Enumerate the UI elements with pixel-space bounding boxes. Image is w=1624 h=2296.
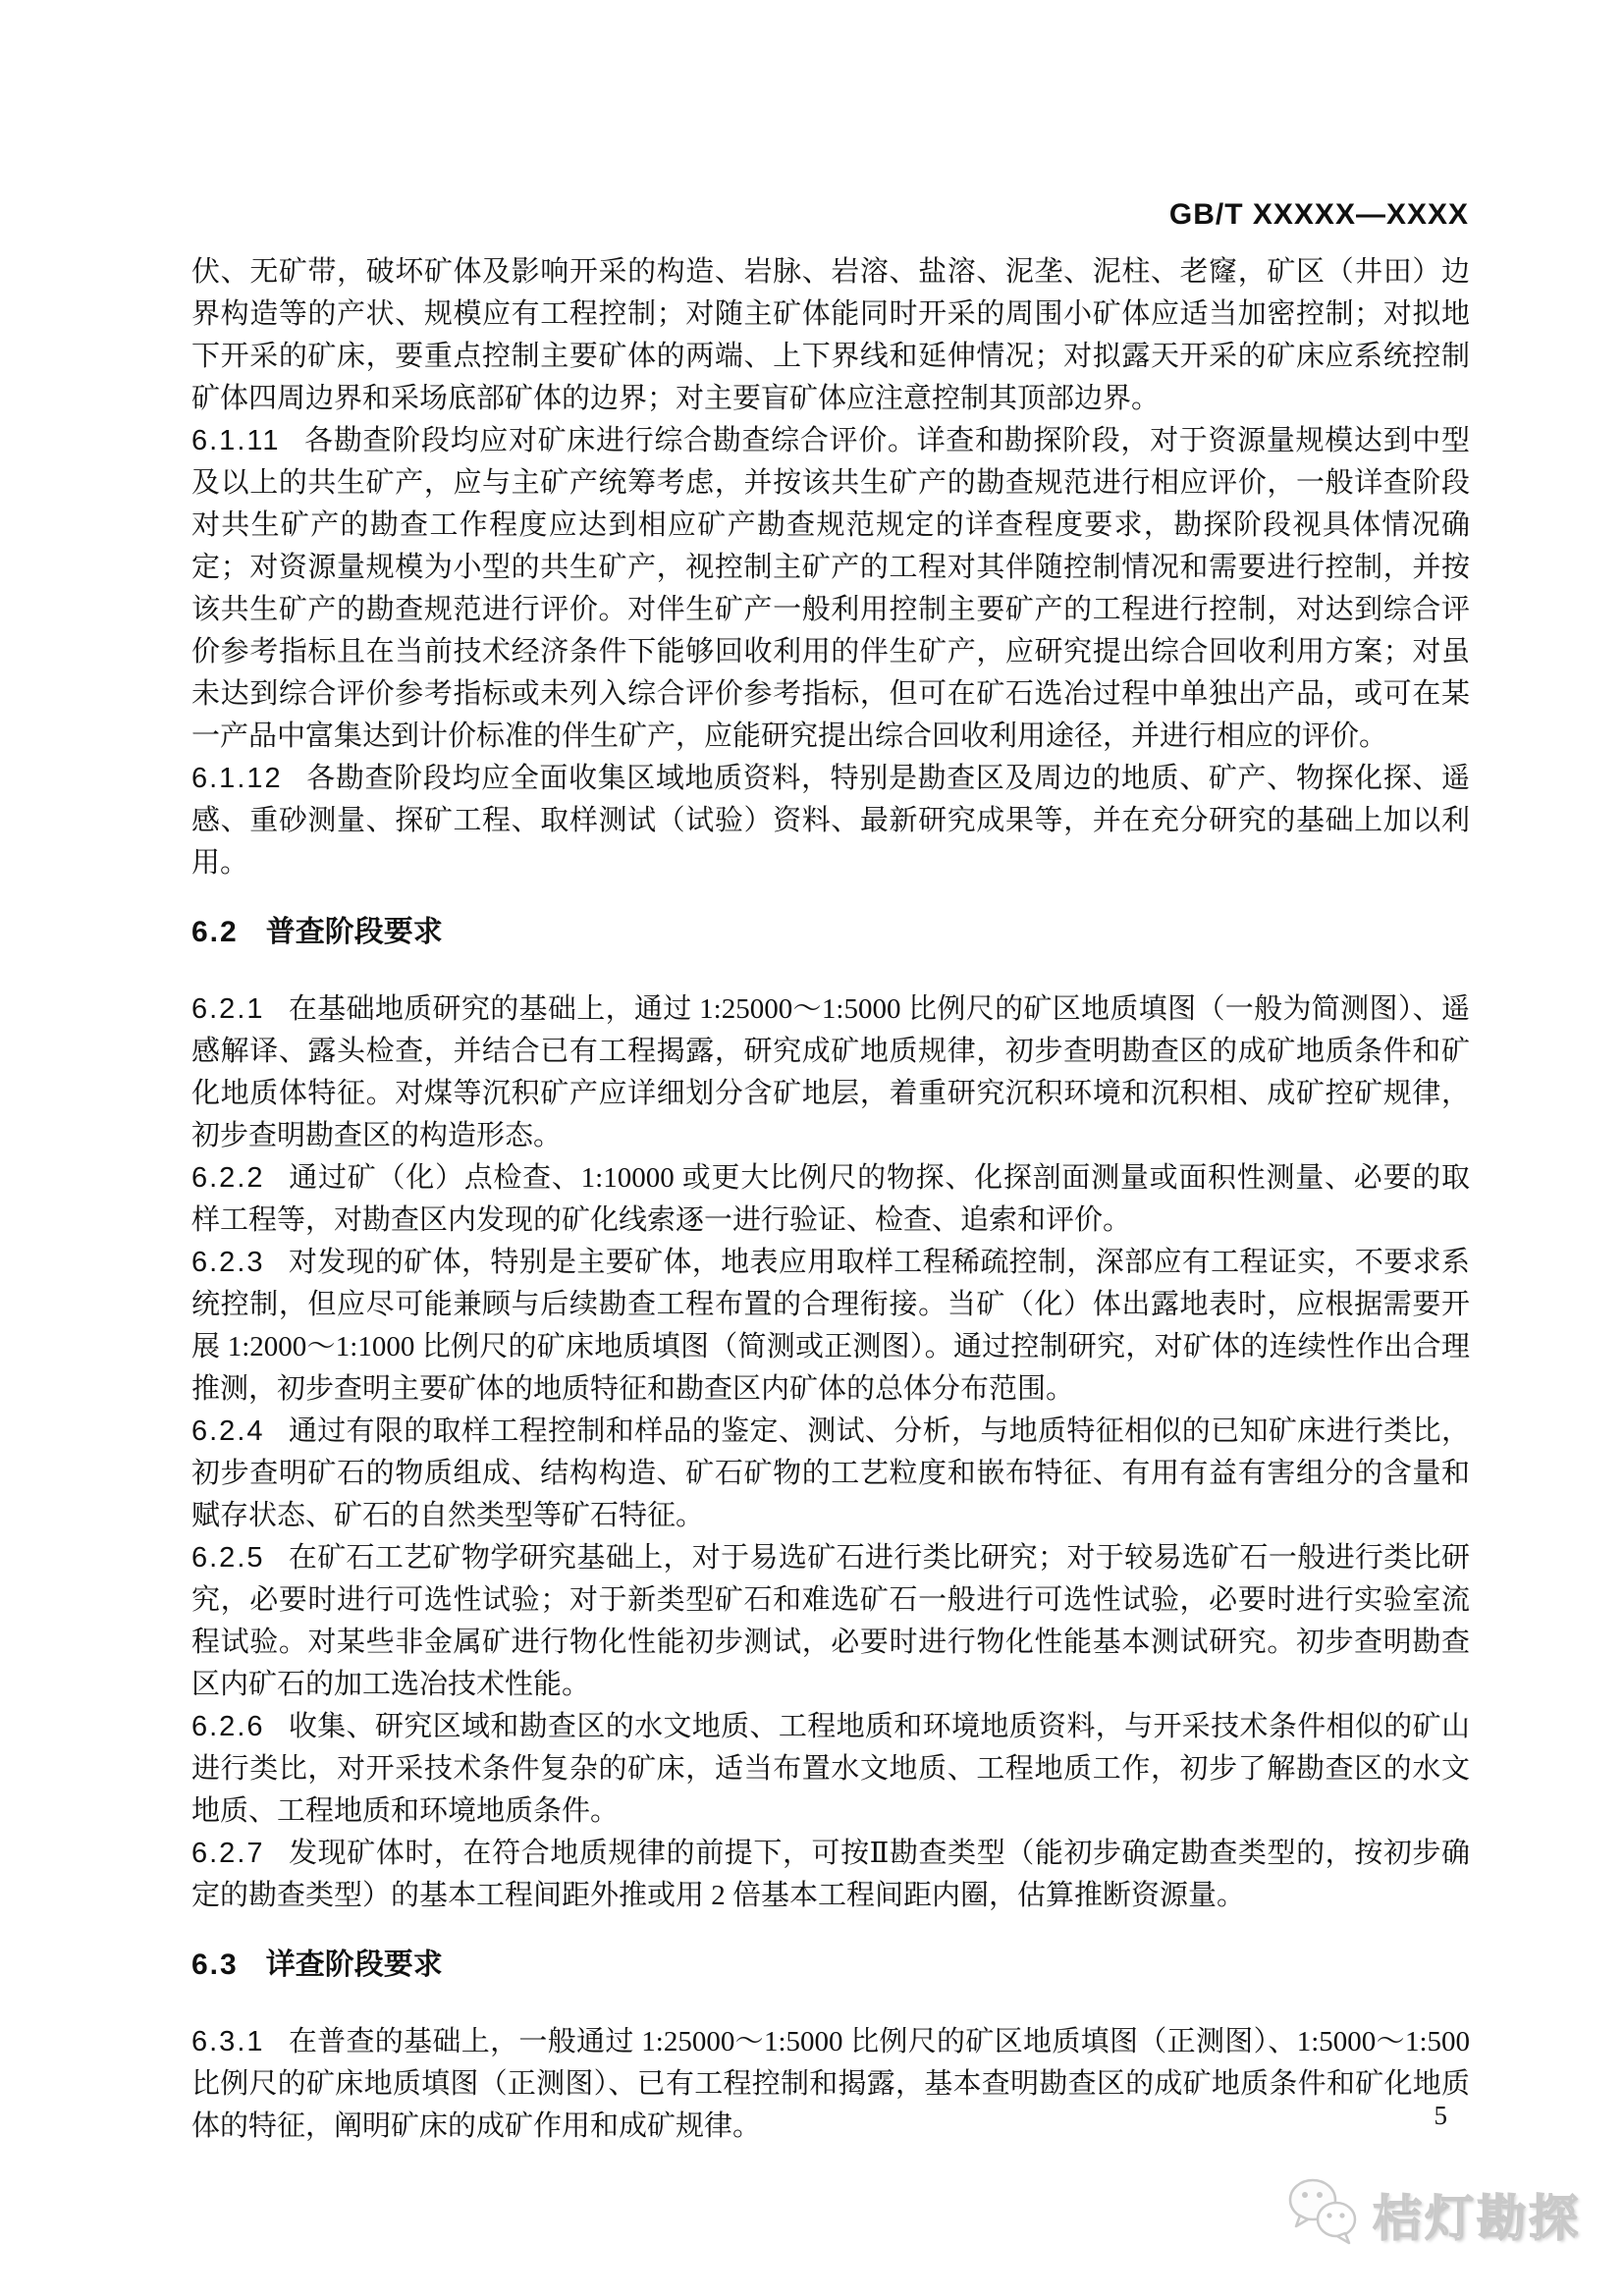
standard-code-header: GB/T XXXXX—XXXX — [1169, 198, 1469, 232]
clause-text: 各勘查阶段均应对矿床进行综合勘查综合评价。详查和勘探阶段，对于资源量规模达到中型… — [191, 425, 1470, 752]
clause-paragraph: 6.2.7发现矿体时，在符合地质规律的前提下，可按Ⅱ勘查类型（能初步确定勘查类型… — [191, 1833, 1470, 1917]
clause-text: 收集、研究区域和勘查区的水文地质、工程地质和环境地质资料，与开采技术条件相似的矿… — [191, 1711, 1470, 1827]
paragraph-text: 伏、无矿带，破坏矿体及影响开采的构造、岩脉、岩溶、盐溶、泥垄、泥柱、老窿，矿区（… — [191, 256, 1470, 414]
continuation-paragraph: 伏、无矿带，破坏矿体及影响开采的构造、岩脉、岩溶、盐溶、泥垄、泥柱、老窿，矿区（… — [191, 251, 1470, 420]
document-body: 伏、无矿带，破坏矿体及影响开采的构造、岩脉、岩溶、盐溶、泥垄、泥柱、老窿，矿区（… — [191, 251, 1470, 2148]
clause-number: 6.2.5 — [191, 1542, 265, 1574]
clause-paragraph: 6.1.12各勘查阶段均应全面收集区域地质资料，特别是勘查区及周边的地质、矿产、… — [191, 758, 1470, 884]
clause-paragraph: 6.2.2通过矿（化）点检查、1:10000 或更大比例尺的物探、化探剖面测量或… — [191, 1157, 1470, 1242]
page-number: 5 — [1435, 2101, 1448, 2130]
section-title: 详查阶段要求 — [266, 1949, 443, 1981]
clause-number: 6.2.2 — [191, 1162, 265, 1194]
clause-paragraph: 6.2.5在矿石工艺矿物学研究基础上，对于易选矿石进行类比研究；对于较易选矿石一… — [191, 1537, 1470, 1706]
clause-paragraph: 6.3.1在普查的基础上，一般通过 1:25000～1:5000 比例尺的矿区地… — [191, 2021, 1470, 2148]
clause-paragraph: 6.2.4通过有限的取样工程控制和样品的鉴定、测试、分析，与地质特征相似的已知矿… — [191, 1411, 1470, 1537]
document-page: GB/T XXXXX—XXXX 伏、无矿带，破坏矿体及影响开采的构造、岩脉、岩溶… — [0, 0, 1624, 2296]
section-number: 6.2 — [191, 916, 239, 948]
clause-text: 在普查的基础上，一般通过 1:25000～1:5000 比例尺的矿区地质填图（正… — [191, 2026, 1470, 2142]
clause-number: 6.2.1 — [191, 993, 265, 1025]
clause-number: 6.1.11 — [191, 425, 280, 456]
clause-number: 6.1.12 — [191, 763, 283, 794]
section-heading: 6.3详查阶段要求 — [191, 1944, 1470, 1987]
clause-text: 各勘查阶段均应全面收集区域地质资料，特别是勘查区及周边的地质、矿产、物探化探、遥… — [191, 763, 1470, 879]
clause-number: 6.2.6 — [191, 1711, 265, 1742]
section-title: 普查阶段要求 — [266, 916, 443, 948]
clause-text: 在基础地质研究的基础上，通过 1:25000～1:5000 比例尺的矿区地质填图… — [191, 993, 1470, 1151]
watermark-text: 桔灯勘探 — [1373, 2179, 1581, 2250]
clause-text: 对发现的矿体，特别是主要矿体，地表应用取样工程稀疏控制，深部应有工程证实，不要求… — [191, 1247, 1470, 1405]
clause-text: 通过矿（化）点检查、1:10000 或更大比例尺的物探、化探剖面测量或面积性测量… — [191, 1162, 1470, 1236]
clause-number: 6.2.3 — [191, 1247, 265, 1278]
clause-paragraph: 6.2.6收集、研究区域和勘查区的水文地质、工程地质和环境地质资料，与开采技术条… — [191, 1706, 1470, 1833]
clause-text: 在矿石工艺矿物学研究基础上，对于易选矿石进行类比研究；对于较易选矿石一般进行类比… — [191, 1542, 1470, 1700]
clause-paragraph: 6.1.11各勘查阶段均应对矿床进行综合勘查综合评价。详查和勘探阶段，对于资源量… — [191, 420, 1470, 758]
clause-number: 6.3.1 — [191, 2026, 265, 2057]
clause-paragraph: 6.2.3对发现的矿体，特别是主要矿体，地表应用取样工程稀疏控制，深部应有工程证… — [191, 1242, 1470, 1411]
clause-paragraph: 6.2.1在基础地质研究的基础上，通过 1:25000～1:5000 比例尺的矿… — [191, 988, 1470, 1157]
section-number: 6.3 — [191, 1949, 239, 1981]
watermark: 桔灯勘探 — [1286, 2175, 1581, 2253]
clause-number: 6.2.4 — [191, 1415, 265, 1447]
clause-text: 通过有限的取样工程控制和样品的鉴定、测试、分析，与地质特征相似的已知矿床进行类比… — [191, 1415, 1470, 1531]
section-heading: 6.2普查阶段要求 — [191, 911, 1470, 954]
wechat-icon — [1286, 2175, 1363, 2253]
clause-number: 6.2.7 — [191, 1838, 265, 1869]
clause-text: 发现矿体时，在符合地质规律的前提下，可按Ⅱ勘查类型（能初步确定勘查类型的，按初步… — [191, 1838, 1470, 1911]
